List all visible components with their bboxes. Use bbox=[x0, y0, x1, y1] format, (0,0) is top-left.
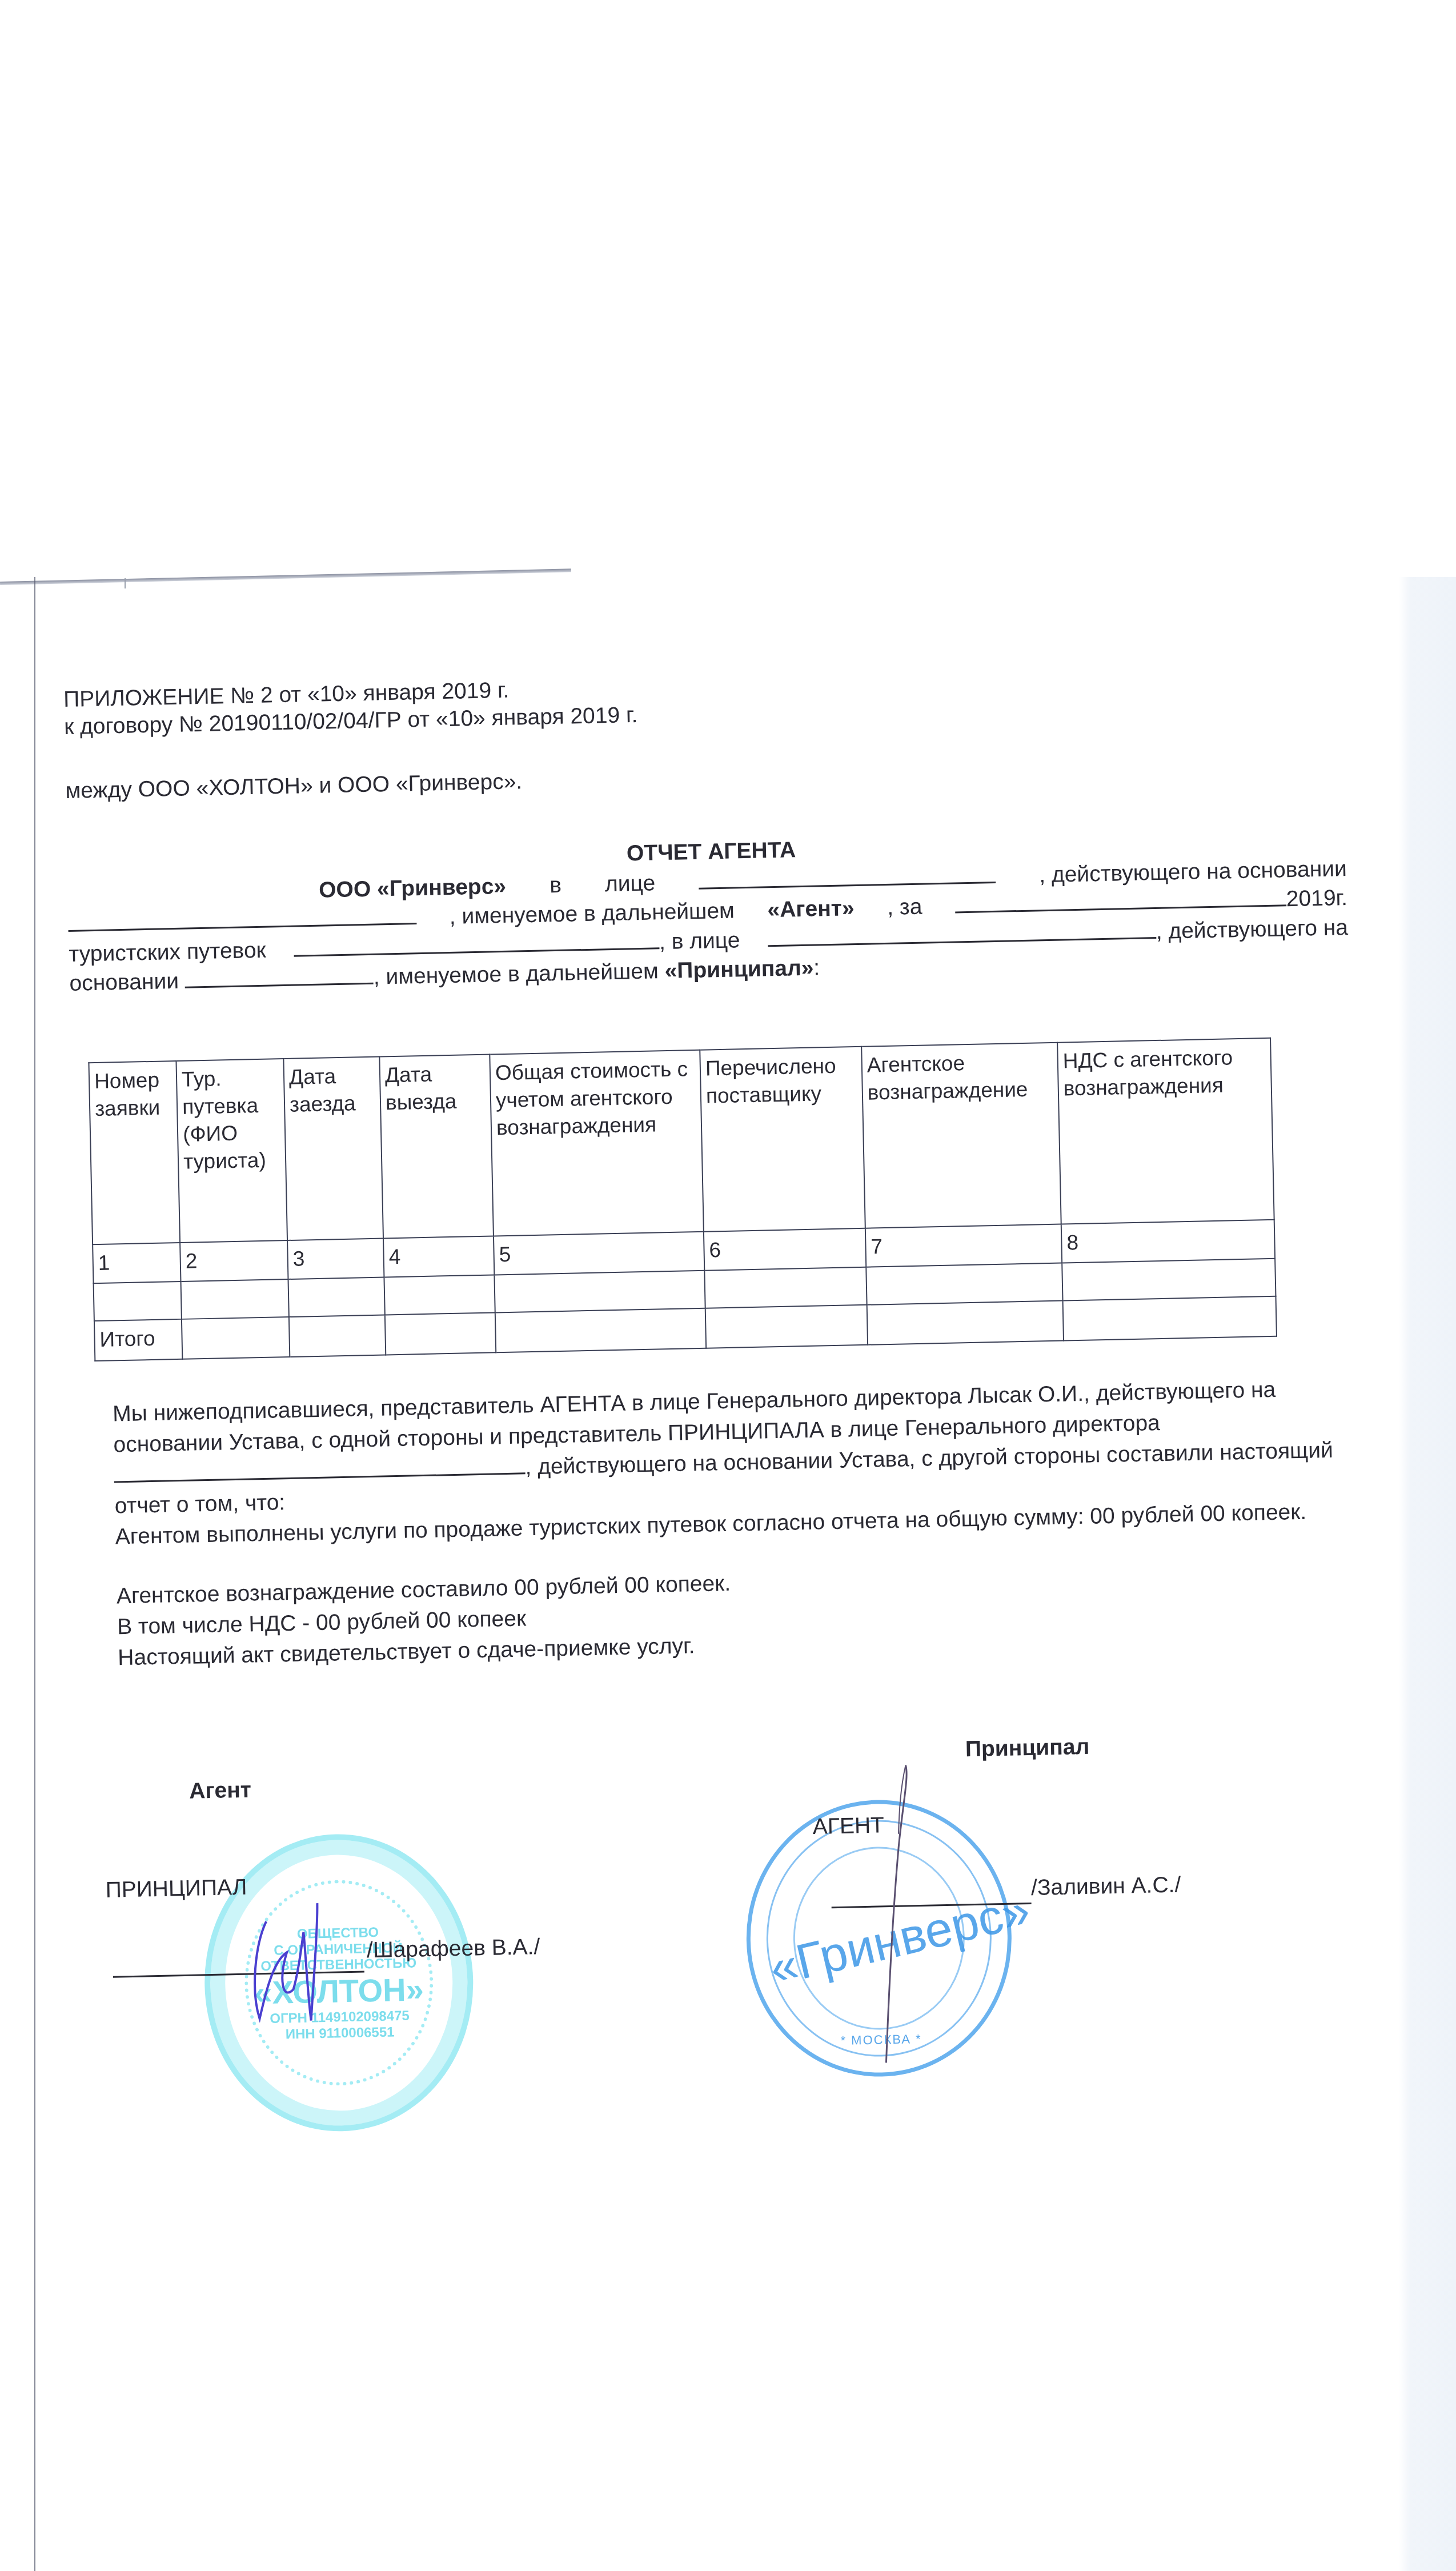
principal-signature-icon bbox=[231, 1897, 348, 2031]
total-cell[interactable] bbox=[1063, 1296, 1277, 1341]
column-number: 8 bbox=[1061, 1220, 1275, 1263]
total-label: Итого bbox=[94, 1319, 182, 1361]
total-cell[interactable] bbox=[289, 1315, 386, 1357]
report-year: 2019г. bbox=[1286, 886, 1347, 911]
agent-representative-blank[interactable] bbox=[699, 864, 996, 890]
principal-term: «Принципал» bbox=[664, 956, 814, 983]
intro-word: в bbox=[549, 871, 562, 900]
table-cell[interactable] bbox=[494, 1271, 705, 1313]
column-number: 4 bbox=[383, 1236, 494, 1277]
agent-signature-icon bbox=[875, 1765, 926, 2069]
total-cell[interactable] bbox=[182, 1317, 290, 1359]
agent-signatory-name: /Заливин А.С./ bbox=[1031, 1871, 1181, 1903]
table-cell[interactable] bbox=[94, 1282, 182, 1321]
total-cell[interactable] bbox=[867, 1301, 1064, 1345]
scan-edge-top bbox=[0, 568, 571, 585]
total-cell[interactable] bbox=[705, 1305, 868, 1348]
column-number: 6 bbox=[704, 1228, 866, 1271]
total-cell[interactable] bbox=[385, 1312, 496, 1355]
table-cell[interactable] bbox=[704, 1267, 867, 1308]
role-agent-heading: Агент bbox=[189, 1776, 252, 1807]
document-page: ПРИЛОЖЕНИЕ № 2 от «10» января 2019 г. к … bbox=[63, 641, 1376, 668]
agent-signature-label: АГЕНТ bbox=[812, 1811, 884, 1841]
column-number: 7 bbox=[865, 1224, 1062, 1267]
intro-vouchers-text: туристских путевок bbox=[69, 936, 266, 970]
col-header-check-out: Дата выезда bbox=[379, 1054, 494, 1238]
agent-term: «Агент» bbox=[767, 894, 855, 926]
column-number: 5 bbox=[494, 1232, 704, 1275]
principal-representative-blank[interactable] bbox=[767, 920, 1156, 947]
period-blank[interactable] bbox=[955, 888, 1287, 914]
intro-acting-text-2: , действующего на bbox=[1156, 915, 1348, 944]
intro-word: лице bbox=[604, 868, 655, 899]
total-cell[interactable] bbox=[495, 1308, 706, 1353]
parties-line: между ООО «ХОЛТОН» и ООО «Гринверс». bbox=[65, 767, 523, 806]
intro-in-person-text: , в лице bbox=[659, 928, 740, 954]
col-header-tourist: Тур. путевка (ФИО туриста) bbox=[176, 1059, 287, 1243]
column-number: 1 bbox=[93, 1243, 181, 1283]
col-header-check-in: Дата заезда bbox=[283, 1057, 383, 1240]
scan-edge-right bbox=[1399, 577, 1456, 2571]
intro-named-text-2: , именуемое в дальнейшем bbox=[373, 959, 659, 990]
table-cell[interactable] bbox=[866, 1263, 1062, 1305]
colon: : bbox=[813, 956, 820, 980]
role-principal-heading: Принципал bbox=[965, 1733, 1089, 1764]
col-header-total-cost: Общая стоимость с учетом агентского возн… bbox=[490, 1050, 704, 1236]
principal-director-blank[interactable] bbox=[114, 1455, 526, 1483]
statement-block: Мы нижеподписавшиеся, представитель АГЕН… bbox=[113, 1372, 1398, 1673]
principal-company-blank[interactable] bbox=[294, 930, 660, 956]
col-header-vat: НДС с агентского вознаграждения bbox=[1057, 1038, 1274, 1224]
table-cell[interactable] bbox=[288, 1277, 384, 1317]
intro-for-text: , за bbox=[887, 892, 922, 923]
agent-company: ООО «Гринверс» bbox=[319, 872, 507, 905]
table-header-row: Номер заявки Тур. путевка (ФИО туриста) … bbox=[89, 1038, 1274, 1244]
col-header-paid-supplier: Перечислено поставщику bbox=[700, 1047, 865, 1232]
table-cell[interactable] bbox=[181, 1279, 289, 1319]
agent-basis-blank[interactable] bbox=[68, 906, 417, 932]
principal-basis-blank[interactable] bbox=[184, 966, 374, 988]
scan-edge-left bbox=[34, 577, 35, 2571]
col-header-request-number: Номер заявки bbox=[89, 1061, 180, 1244]
intro-basis-text: основании bbox=[69, 969, 179, 996]
intro-paragraph: ООО «Гринверс» в лице , действующего на … bbox=[67, 854, 1349, 999]
principal-signature-label: ПРИНЦИПАЛ bbox=[105, 1873, 247, 1905]
report-table: Номер заявки Тур. путевка (ФИО туриста) … bbox=[88, 1038, 1277, 1361]
column-number: 2 bbox=[180, 1240, 288, 1282]
document-title: ОТЧЕТ АГЕНТА bbox=[626, 836, 796, 868]
column-number: 3 bbox=[287, 1238, 384, 1279]
principal-signatory-name: /Шарафеев В.А./ bbox=[367, 1933, 540, 1965]
table-cell[interactable] bbox=[1062, 1259, 1275, 1301]
table-cell[interactable] bbox=[384, 1275, 495, 1315]
col-header-agent-fee: Агентское вознаграждение bbox=[861, 1043, 1061, 1228]
scan-notch bbox=[125, 578, 126, 588]
